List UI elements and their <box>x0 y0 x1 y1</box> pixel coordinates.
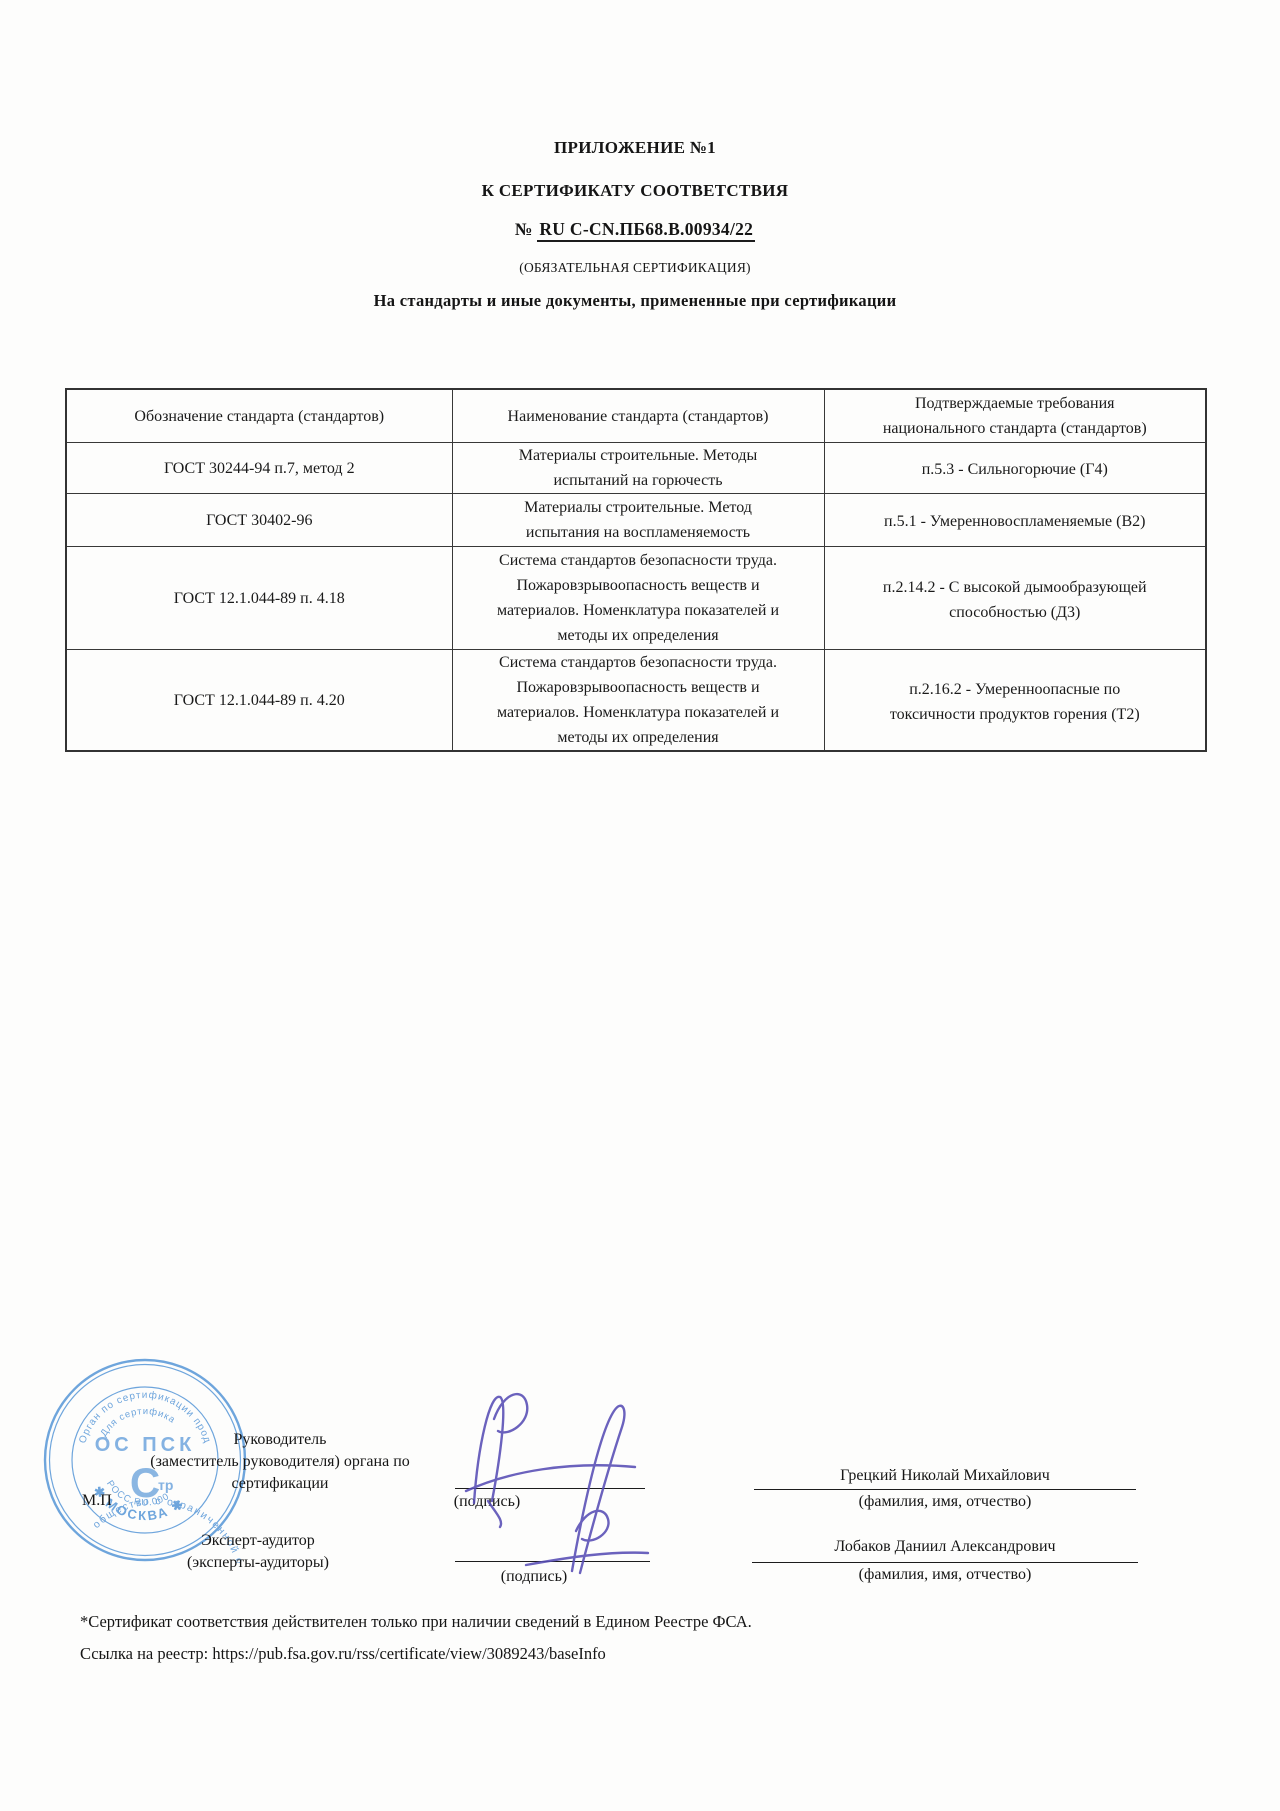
cell-requirements: п.2.16.2 - Умеренноопасные по токсичност… <box>824 650 1206 752</box>
cell-requirements: п.5.3 - Сильногорючие (Г4) <box>824 443 1206 494</box>
head-role-line: Руководитель <box>130 1429 430 1451</box>
name-caption: (фамилия, имя, отчество) <box>754 1566 1136 1584</box>
certificate-title: К СЕРТИФИКАТУ СООТВЕТСТВИЯ <box>65 181 1205 201</box>
cell-designation: ГОСТ 30244-94 п.7, метод 2 <box>66 443 452 494</box>
certificate-number-prefix: № <box>515 219 533 239</box>
head-name-line <box>754 1489 1136 1490</box>
registry-link-text: Ссылка на реестр: https://pub.fsa.gov.ru… <box>80 1644 606 1664</box>
head-role-label: Руководитель (заместитель руководителя) … <box>130 1429 430 1495</box>
head-signature-ink <box>466 1394 635 1527</box>
cell-requirements: п.2.14.2 - С высокой дымообразующей спос… <box>824 547 1206 650</box>
expert-signature-ink <box>526 1406 648 1573</box>
handwritten-signatures-ink <box>430 1375 670 1590</box>
expert-role-line: Эксперт-аудитор <box>108 1530 408 1552</box>
table-row: ГОСТ 12.1.044-89 п. 4.20 Система стандар… <box>66 650 1206 752</box>
expert-full-name: Лобаков Даниил Александрович <box>754 1538 1136 1556</box>
name-caption: (фамилия, имя, отчество) <box>754 1493 1136 1511</box>
col-header-requirements: Подтверждаемые требования национального … <box>824 389 1206 443</box>
expert-role-line: (эксперты-аудиторы) <box>108 1552 408 1574</box>
appendix-title: ПРИЛОЖЕНИЕ №1 <box>65 138 1205 158</box>
table-row: ГОСТ 30402-96 Материалы строительные. Ме… <box>66 494 1206 547</box>
validity-note: *Сертификат соответствия действителен то… <box>80 1612 752 1632</box>
table-header-row: Обозначение стандарта (стандартов) Наиме… <box>66 389 1206 443</box>
expert-role-label: Эксперт-аудитор (эксперты-аудиторы) <box>108 1530 408 1574</box>
head-full-name: Грецкий Николай Михайлович <box>754 1467 1136 1485</box>
document-subtitle: На стандарты и иные документы, примененн… <box>65 291 1205 311</box>
cell-designation: ГОСТ 30402-96 <box>66 494 452 547</box>
cell-designation: ГОСТ 12.1.044-89 п. 4.20 <box>66 650 452 752</box>
table-row: ГОСТ 30244-94 п.7, метод 2 Материалы стр… <box>66 443 1206 494</box>
head-role-line: сертификации <box>130 1473 430 1495</box>
cell-requirements: п.5.1 - Умеренновоспламеняемые (В2) <box>824 494 1206 547</box>
cell-designation: ГОСТ 12.1.044-89 п. 4.18 <box>66 547 452 650</box>
head-role-line: (заместитель руководителя) органа по <box>130 1451 430 1473</box>
col-header-designation: Обозначение стандарта (стандартов) <box>66 389 452 443</box>
cell-standard-name: Система стандартов безопасности труда. П… <box>452 547 824 650</box>
cell-standard-name: Материалы строительные. Метод испытания … <box>452 494 824 547</box>
expert-name-line <box>752 1562 1138 1563</box>
certificate-number: RU С-CN.ПБ68.В.00934/22 <box>537 219 755 242</box>
certificate-number-line: № RU С-CN.ПБ68.В.00934/22 <box>65 219 1205 240</box>
certification-type: (ОБЯЗАТЕЛЬНАЯ СЕРТИФИКАЦИЯ) <box>65 260 1205 276</box>
cell-standard-name: Система стандартов безопасности труда. П… <box>452 650 824 752</box>
seal-place-label: М.П <box>82 1492 112 1510</box>
table-row: ГОСТ 12.1.044-89 п. 4.18 Система стандар… <box>66 547 1206 650</box>
standards-table: Обозначение стандарта (стандартов) Наиме… <box>65 388 1207 752</box>
col-header-name: Наименование стандарта (стандартов) <box>452 389 824 443</box>
cell-standard-name: Материалы строительные. Методы испытаний… <box>452 443 824 494</box>
